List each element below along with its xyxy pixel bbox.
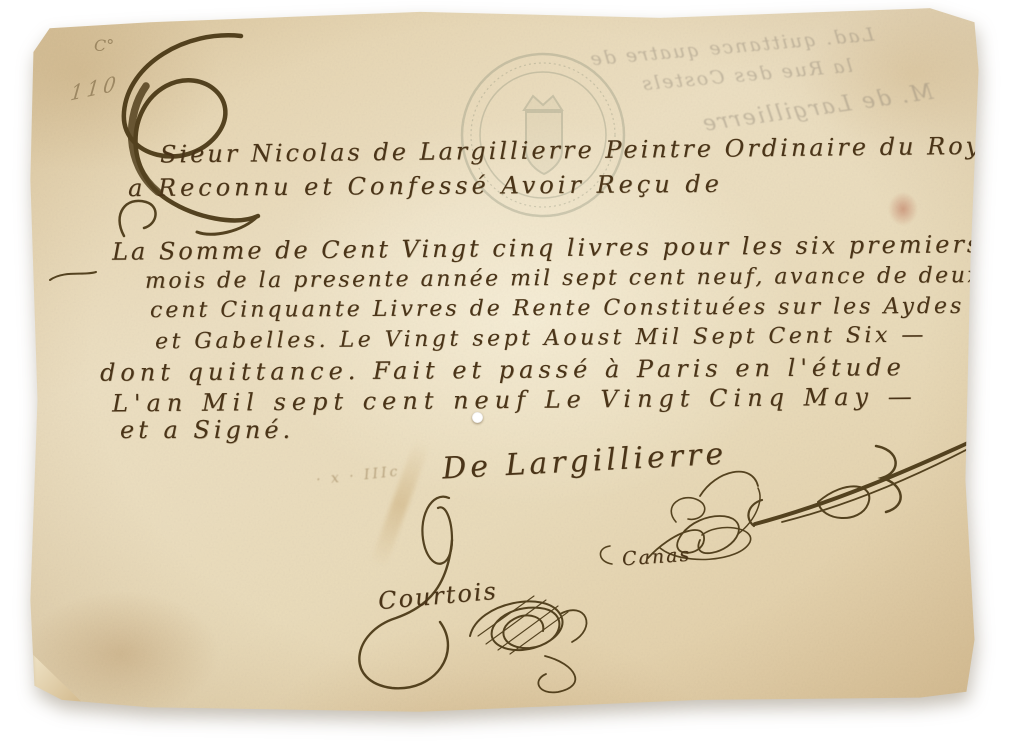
parchment-hole xyxy=(472,412,483,423)
parchment-wrap: Lad. quittance quatre de la Rue des Cost… xyxy=(0,0,1013,743)
manuscript-line-5: cent Cinquante Livres de Rente Constitué… xyxy=(150,294,964,323)
manuscript-line-9: et a Signé. xyxy=(120,416,294,444)
photo-background: Lad. quittance quatre de la Rue des Cost… xyxy=(0,0,1013,743)
parchment-sheet: Lad. quittance quatre de la Rue des Cost… xyxy=(0,0,1013,743)
manuscript-line-7: dont quittance. Fait et passé à Paris en… xyxy=(100,353,906,387)
manuscript-line-2: a Reconnu et Confessé Avoir Reçu de xyxy=(128,170,723,202)
